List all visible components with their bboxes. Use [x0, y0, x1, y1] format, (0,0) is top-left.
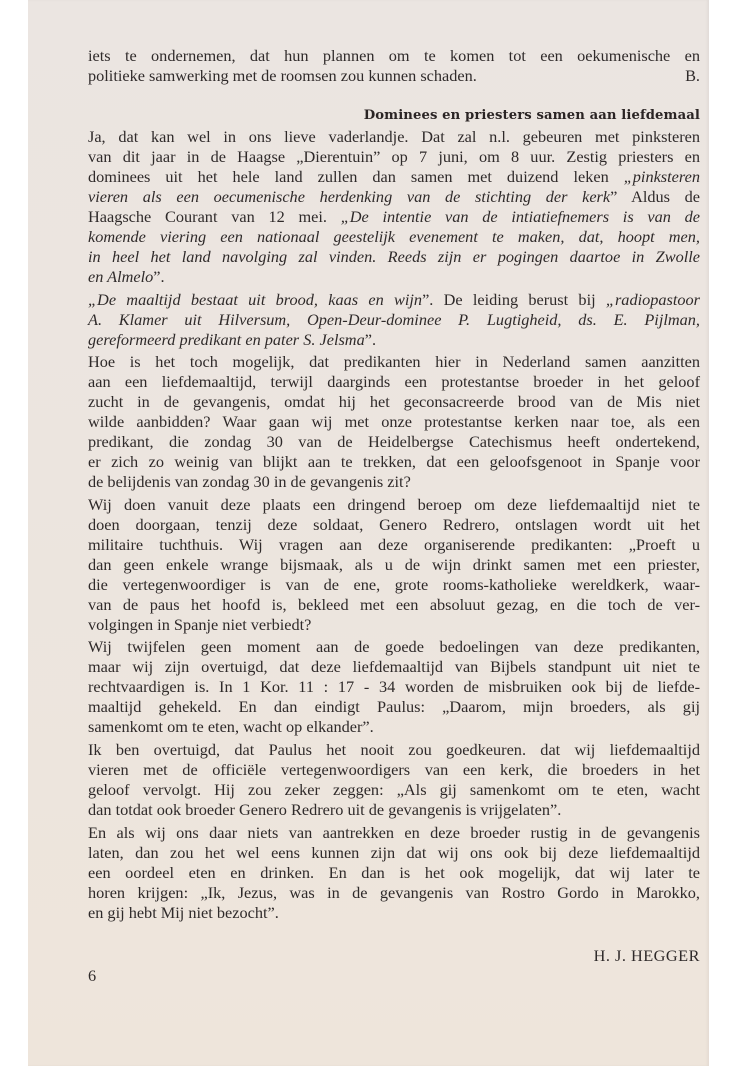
- text-line: Wij twijfelen geen moment aan de goede b…: [88, 637, 700, 657]
- text-line: zucht in de gevangenis, omdat hij het ge…: [88, 392, 700, 412]
- text-line: Hoe is het toch mogelijk, dat predikante…: [88, 352, 700, 372]
- text-line: volgingen in Spanje niet verbiedt?: [88, 615, 700, 635]
- text-line: Haagsche Courant van 12 mei. „De intenti…: [88, 207, 700, 227]
- text-line: maaltijd gehekeld. En dan eindigt Paulus…: [88, 697, 700, 717]
- text-line: dan totdat ook broeder Genero Redrero ui…: [88, 800, 700, 820]
- text-line: dominees uit het hele land zullen dan sa…: [88, 167, 700, 187]
- text-line: vieren als een oecumenische herdenking v…: [88, 187, 700, 207]
- text-line: Ik ben overtuigd, dat Paulus het nooit z…: [88, 740, 700, 760]
- text-line: geloof vervolgt. Hij zou zeker zeggen: „…: [88, 780, 700, 800]
- text-line: wilde aanbidden? Waar gaan wij met onze …: [88, 412, 700, 432]
- text-line: die vertegenwoordiger is van de ene, gro…: [88, 575, 700, 595]
- text-line: militaire tuchthuis. Wij vragen aan deze…: [88, 535, 700, 555]
- text-line: en Almelo”.: [88, 267, 700, 287]
- text-line: laten, dan zou het wel eens kunnen zijn …: [88, 843, 700, 863]
- text-line: komende viering een nationaal geestelijk…: [88, 227, 700, 247]
- author-initial: B.: [685, 66, 700, 86]
- text-line: maar wij zijn overtuigd, dat deze liefde…: [88, 657, 700, 677]
- author-signature: H. J. HEGGER: [594, 946, 700, 966]
- text-line: iets te ondernemen, dat hun plannen om t…: [88, 46, 700, 66]
- text-line: A. Klamer uit Hilversum, Open-Deur-domin…: [88, 310, 700, 330]
- text-line: gereformeerd predikant en pater S. Jelsm…: [88, 330, 700, 350]
- text-line: er zich zo weinig van blijkt aan te trek…: [88, 452, 700, 472]
- text-line: en gij hebt Mij niet bezocht”.: [88, 903, 700, 923]
- text-line: een oordeel eten en drinken. En dan is h…: [88, 863, 700, 883]
- text-line: aan een liefdemaaltijd, terwijl daargind…: [88, 372, 700, 392]
- text-line: Ja, dat kan wel in ons lieve vaderlandje…: [88, 127, 700, 147]
- text-line: Wij doen vanuit deze plaats een dringend…: [88, 495, 700, 515]
- text-line: horen krijgen: „Ik, Jezus, was in de gev…: [88, 883, 700, 903]
- text-line: de belijdenis van zondag 30 in de gevang…: [88, 472, 700, 492]
- text-line: dan geen enkele wrange bijsmaak, als u d…: [88, 555, 700, 575]
- text-line: van dit jaar in de Haagse „Dierentuin” o…: [88, 147, 700, 167]
- text-line: rechtvaardigen is. In 1 Kor. 11 : 17 - 3…: [88, 677, 700, 697]
- text-line: „De maaltijd bestaat uit brood, kaas en …: [88, 290, 700, 310]
- article-heading: Dominees en priesters samen aan liefdema…: [364, 108, 700, 123]
- text-line: in heel het land navolging zal vinden. R…: [88, 247, 700, 267]
- text-line: van de paus het hoofd is, bekleed met ee…: [88, 595, 700, 615]
- page-number: 6: [88, 966, 96, 986]
- text-line: politieke samwerking met de roomsen zou …: [88, 66, 700, 86]
- text-line: doen doorgaan, tenzij deze soldaat, Gene…: [88, 515, 700, 535]
- text-line: En als wij ons daar niets van aantrekken…: [88, 823, 700, 843]
- text-line: predikant, die zondag 30 van de Heidelbe…: [88, 432, 700, 452]
- text-line: vieren met de officiële vertegenwoordige…: [88, 760, 700, 780]
- text-line: samenkomt om te eten, wacht op elkander”…: [88, 717, 700, 737]
